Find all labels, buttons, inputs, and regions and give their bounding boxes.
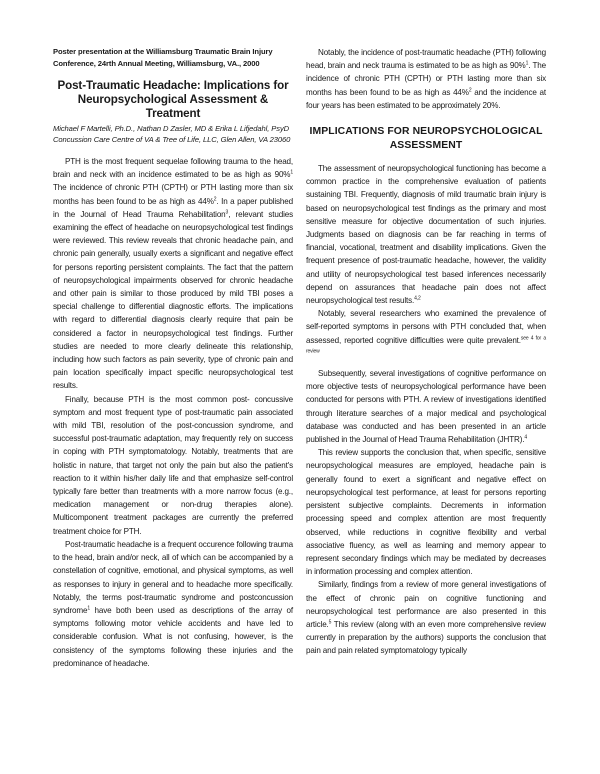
- paragraph-treatment: Finally, because PTH is the most common …: [53, 393, 293, 538]
- paragraph-review-conclusion: This review supports the conclusion that…: [306, 446, 546, 578]
- paragraph-assessment: The assessment of neuropsychological fun…: [306, 162, 546, 307]
- document-page: Poster presentation at the Williamsburg …: [0, 0, 600, 774]
- reference-marker: 4: [524, 434, 527, 440]
- paper-title: Post-Traumatic Headache: Implications fo…: [53, 79, 293, 121]
- section-heading: IMPLICATIONS FOR NEUROPSYCHOLOGICAL ASSE…: [306, 125, 546, 152]
- author-list: Michael F Martelli, Ph.D., Nathan D Zasl…: [53, 123, 293, 134]
- paragraph-post-traumatic-syndrome: Post-traumatic headache is a frequent oc…: [53, 538, 293, 670]
- paragraph-intro-incidence: Notably, the incidence of post-traumatic…: [306, 46, 546, 112]
- paragraph-chronic-pain-review: Similarly, findings from a review of mor…: [306, 578, 546, 657]
- paragraph-objective-tests: Subsequently, several investigations of …: [306, 367, 546, 446]
- left-column: Poster presentation at the Williamsburg …: [53, 46, 293, 670]
- paragraph-self-reported-symptoms: Notably, several researchers who examine…: [306, 307, 546, 360]
- right-column: Notably, the incidence of post-traumatic…: [306, 46, 546, 658]
- paragraph-pth-incidence: PTH is the most frequent sequelae follow…: [53, 155, 293, 393]
- reference-marker: 4,2: [414, 295, 421, 301]
- reference-marker: 1: [290, 170, 293, 176]
- affiliation: Concussion Care Centre of VA & Tree of L…: [53, 134, 293, 145]
- poster-note: Poster presentation at the Williamsburg …: [53, 46, 293, 69]
